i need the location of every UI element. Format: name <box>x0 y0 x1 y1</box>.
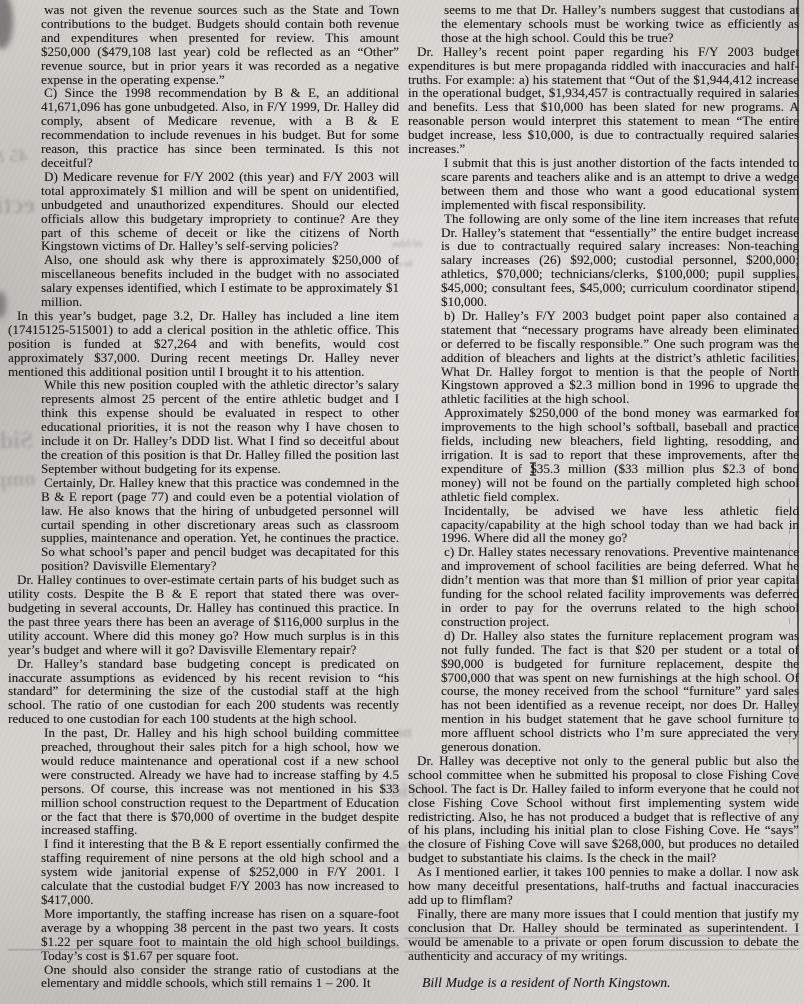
right-column: seems to me that Dr. Halley’s numbers su… <box>408 3 799 990</box>
scanned-newspaper-letter: 45 & ecti Sid omp ni blm lo eo ne Frid e… <box>0 0 804 1004</box>
paragraph: Approximately $250,000 of the bond money… <box>441 406 799 503</box>
paragraph: d) Dr. Halley also states the furniture … <box>441 629 799 754</box>
paragraph: Dr. Halley’s recent point paper regardin… <box>408 45 799 156</box>
paragraph: Dr. Halley’s standard base budgeting con… <box>8 657 399 727</box>
paragraph: Finally, there are many more issues that… <box>408 907 799 963</box>
paragraph: In this year’s budget, page 3.2, Dr. Hal… <box>8 309 399 379</box>
paragraph: In the past, Dr. Halley and his high sch… <box>41 726 399 837</box>
paragraph: C) Since the 1998 recommendation by B & … <box>41 86 399 169</box>
paragraph: I submit that this is just another disto… <box>441 156 799 212</box>
paragraph: Also, one should ask why there is approx… <box>41 253 399 309</box>
paragraph: The following are only some of the line … <box>441 212 799 309</box>
byline: Bill Mudge is a resident of North Kingst… <box>422 976 799 990</box>
paragraph: was not given the revenue sources such a… <box>41 3 399 86</box>
paragraph: Dr. Halley continues to over-estimate ce… <box>8 573 399 656</box>
paragraph: b) Dr. Halley’s F/Y 2003 budget point pa… <box>441 309 799 406</box>
paragraph: Certainly, Dr. Halley knew that this pra… <box>41 476 399 573</box>
article-body: was not given the revenue sources such a… <box>8 3 799 990</box>
scan-smudge <box>0 291 6 318</box>
paragraph: As I mentioned earlier, it takes 100 pen… <box>408 865 799 907</box>
paragraph: D) Medicare revenue for F/Y 2002 (this y… <box>41 170 399 253</box>
paragraph: Incidentally, be advised we have less at… <box>441 504 799 546</box>
paragraph: While this new position coupled with the… <box>41 378 399 475</box>
paragraph: I find it interesting that the B & E rep… <box>41 837 399 907</box>
left-column: was not given the revenue sources such a… <box>8 3 399 990</box>
paragraph: Dr. Halley was deceptive not only to the… <box>408 754 799 865</box>
paragraph: c) Dr. Halley states necessary renovatio… <box>441 545 799 628</box>
paragraph: More importantly, the staffing increase … <box>41 907 399 963</box>
paragraph: seems to me that Dr. Halley’s numbers su… <box>441 3 799 45</box>
paragraph: One should also consider the strange rat… <box>41 963 399 991</box>
